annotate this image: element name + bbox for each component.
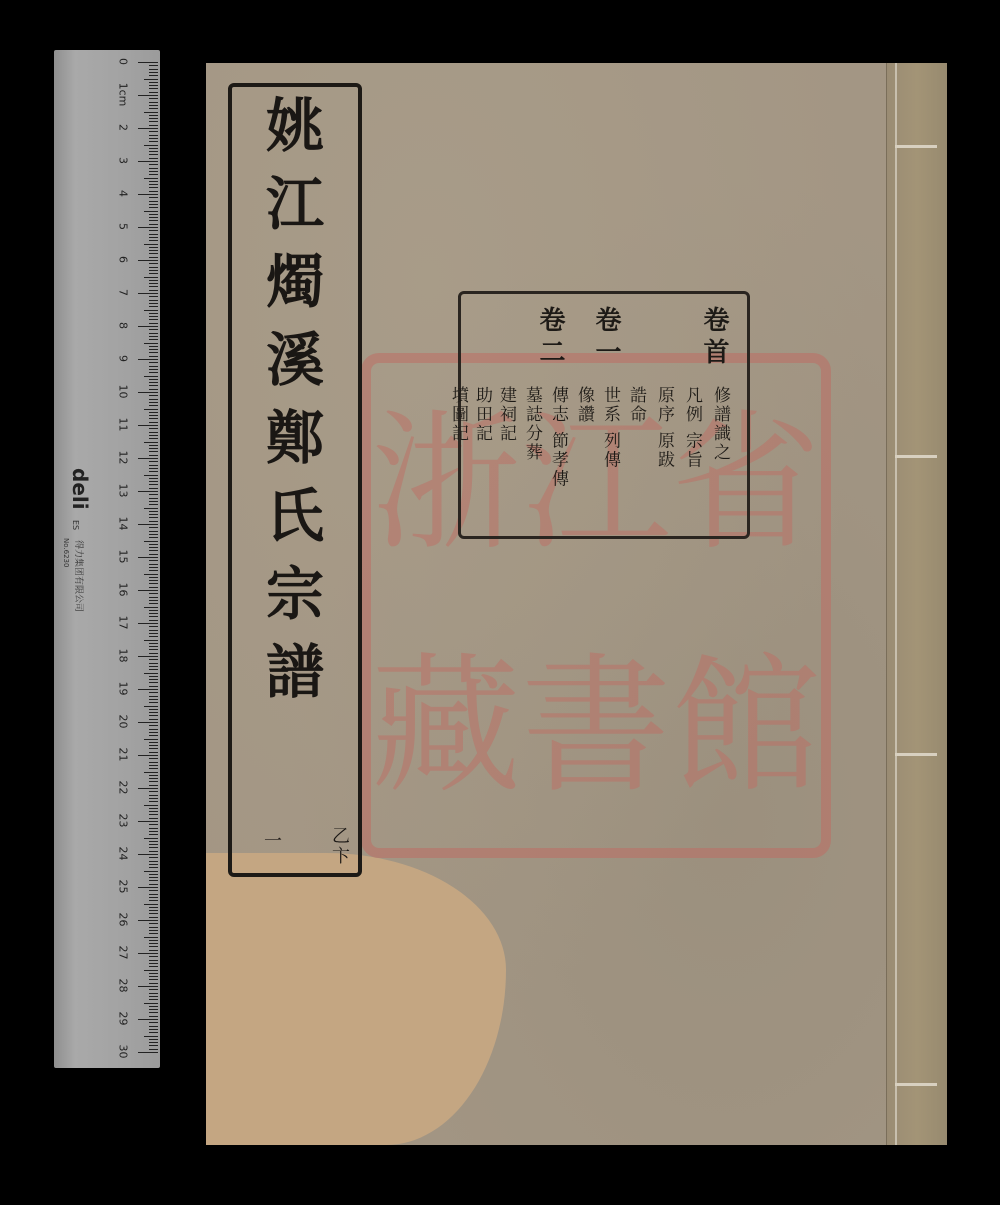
ruler-tick: [149, 135, 158, 136]
ruler-maker: 得力集团有限公司: [73, 540, 86, 612]
ruler-tick: [138, 458, 158, 459]
ruler-tick: [149, 102, 158, 103]
set-mark: 乙 卞: [332, 827, 350, 867]
ruler-tick: [144, 79, 158, 80]
ruler-tick: [149, 732, 158, 733]
ruler-tick: [149, 349, 158, 350]
ruler-tick: [149, 412, 158, 413]
ruler-tick: [149, 550, 158, 551]
ruler-tick: [138, 227, 158, 228]
ruler-tick: [149, 313, 158, 314]
ruler-tick: [149, 267, 158, 268]
ruler-tick: [149, 544, 158, 545]
ruler-tick: [149, 900, 158, 901]
ruler-tick: [149, 481, 158, 482]
binding-thread: [895, 63, 897, 1145]
ruler-tick: [149, 280, 158, 281]
ruler-tick: [149, 847, 158, 848]
ruler-tick: [149, 649, 158, 650]
title-char: 江: [266, 165, 324, 243]
ruler-tick: [138, 854, 158, 855]
ruler-tick: [149, 346, 158, 347]
ruler-tick: [149, 138, 158, 139]
title-char: 氏: [266, 477, 324, 555]
ruler-tick: [149, 917, 158, 918]
ruler-tick: [149, 709, 158, 710]
title-char: 姚: [266, 87, 324, 165]
ruler-tick: [149, 587, 158, 588]
ruler-tick: [149, 600, 158, 601]
book-cover: 浙 江 省 藏 書 館 姚 江 燭 溪 鄭 氏 宗 譜 一 乙 卞 卷首 修譜識…: [206, 63, 947, 1145]
ruler-tick: [149, 824, 158, 825]
ruler-tick: [149, 729, 158, 730]
contents-head: 卷首: [696, 306, 733, 370]
ruler-number: 18: [117, 641, 130, 671]
ruler-tick: [149, 785, 158, 786]
ruler-tick: [149, 1022, 158, 1023]
ruler-tick: [149, 484, 158, 485]
ruler-tick: [149, 633, 158, 634]
ruler-tick: [149, 943, 158, 944]
ruler-tick: [149, 808, 158, 809]
ruler-tick: [149, 105, 158, 106]
ruler-tick: [149, 758, 158, 759]
ruler-tick: [149, 950, 158, 951]
ruler-tick: [149, 171, 158, 172]
ruler-number: 27: [117, 938, 130, 968]
ruler-tick: [149, 69, 158, 70]
ruler-brand: deli: [68, 468, 92, 510]
paper-patch: [206, 853, 506, 1145]
ruler-tick: [144, 343, 158, 344]
ruler-tick: [144, 772, 158, 773]
ruler-tick: [149, 461, 158, 462]
ruler-tick: [149, 940, 158, 941]
ruler-tick: [149, 626, 158, 627]
ruler-tick: [149, 828, 158, 829]
ruler-tick: [149, 877, 158, 878]
contents-item: 誥命: [624, 386, 649, 424]
ruler-model: No.6230: [62, 538, 70, 567]
ruler-tick: [149, 570, 158, 571]
ruler-number: 19: [117, 674, 130, 704]
ruler-tick: [149, 151, 158, 152]
ruler-tick: [149, 560, 158, 561]
set-mark-char: 乙: [332, 827, 350, 847]
ruler-tick: [149, 415, 158, 416]
ruler-tick: [149, 402, 158, 403]
title-slip: 姚 江 燭 溪 鄭 氏 宗 譜 一 乙 卞: [228, 83, 362, 877]
ruler-tick: [149, 1012, 158, 1013]
seal-char: 書: [521, 606, 671, 849]
ruler-tick: [149, 531, 158, 532]
ruler-tick: [149, 405, 158, 406]
title-char: 宗: [266, 555, 324, 633]
volume-mark: 一: [264, 827, 282, 853]
ruler-tick: [149, 841, 158, 842]
set-mark-char: 卞: [332, 847, 350, 867]
ruler-tick: [149, 537, 158, 538]
ruler-tick: [149, 115, 158, 116]
ruler-tick: [149, 234, 158, 235]
ruler-tick: [149, 514, 158, 515]
ruler-tick: [149, 164, 158, 165]
ruler-tick: [149, 468, 158, 469]
ruler-tick: [149, 884, 158, 885]
ruler-tick: [144, 673, 158, 674]
ruler-tick: [149, 768, 158, 769]
ruler-tick: [149, 679, 158, 680]
ruler-tick: [149, 366, 158, 367]
ruler-tick: [149, 283, 158, 284]
ruler-tick: [149, 511, 158, 512]
ruler-tick: [144, 970, 158, 971]
ruler-tick: [138, 161, 158, 162]
ruler-tick: [138, 128, 158, 129]
ruler-tick: [149, 610, 158, 611]
ruler-tick: [144, 904, 158, 905]
ruler-tick: [149, 296, 158, 297]
ruler-tick: [149, 168, 158, 169]
book-spine: [886, 63, 947, 1145]
ruler-tick: [149, 306, 158, 307]
measuring-ruler: 01cm234567891011121314151617181920212223…: [54, 50, 160, 1068]
ruler-tick: [149, 372, 158, 373]
ruler-tick: [149, 88, 158, 89]
ruler-tick: [144, 508, 158, 509]
ruler-tick: [144, 376, 158, 377]
ruler-number: 17: [117, 608, 130, 638]
ruler-tick: [138, 755, 158, 756]
ruler-number: 5: [117, 212, 130, 242]
ruler-tick: [149, 927, 158, 928]
ruler-tick: [149, 504, 158, 505]
ruler-tick: [149, 207, 158, 208]
ruler-tick: [149, 616, 158, 617]
ruler-tick: [144, 277, 158, 278]
contents-item: 修譜識之: [708, 386, 733, 462]
ruler-tick: [149, 217, 158, 218]
ruler-tick: [149, 108, 158, 109]
ruler-tick: [149, 534, 158, 535]
ruler-tick: [149, 181, 158, 182]
ruler-tick: [149, 1006, 158, 1007]
ruler-tick: [149, 1042, 158, 1043]
ruler-number: 6: [117, 245, 130, 275]
contents-item: 世系 列傳: [598, 386, 623, 469]
ruler-tick: [149, 963, 158, 964]
ruler-number: 30: [117, 1037, 130, 1067]
ruler-tick: [149, 547, 158, 548]
ruler-tick: [149, 465, 158, 466]
ruler-tick: [149, 82, 158, 83]
ruler-tick: [144, 574, 158, 575]
ruler-tick: [149, 781, 158, 782]
ruler-number: 22: [117, 773, 130, 803]
ruler-tick: [149, 498, 158, 499]
ruler-tick: [149, 432, 158, 433]
ruler-tick: [149, 725, 158, 726]
ruler-tick: [149, 445, 158, 446]
ruler-tick: [149, 303, 158, 304]
ruler-tick: [138, 1052, 158, 1053]
ruler-tick: [149, 174, 158, 175]
ruler-tick: [149, 580, 158, 581]
ruler-tick: [149, 214, 158, 215]
ruler-number: 9: [117, 344, 130, 374]
ruler-tick: [149, 389, 158, 390]
ruler-tick: [149, 118, 158, 119]
ruler-tick: [149, 85, 158, 86]
ruler-tick: [149, 577, 158, 578]
ruler-tick: [149, 831, 158, 832]
ruler-tick: [149, 630, 158, 631]
ruler-tick: [144, 211, 158, 212]
ruler-tick: [149, 333, 158, 334]
ruler-tick: [144, 706, 158, 707]
ruler-tick: [138, 887, 158, 888]
ruler-tick: [138, 359, 158, 360]
ruler-tick: [149, 979, 158, 980]
ruler-tick: [149, 867, 158, 868]
ruler-tick: [149, 455, 158, 456]
ruler-tick: [149, 897, 158, 898]
ruler-tick: [149, 735, 158, 736]
ruler-tick: [149, 742, 158, 743]
seal-char: 館: [671, 606, 821, 849]
ruler-tick: [144, 805, 158, 806]
seal-char: 藏: [371, 606, 521, 849]
ruler-tick: [149, 692, 158, 693]
ruler-tick: [149, 204, 158, 205]
ruler-tick: [149, 494, 158, 495]
ruler-number: 23: [117, 806, 130, 836]
ruler-tick: [149, 488, 158, 489]
contents-item: 像讚: [572, 386, 597, 424]
ruler-tick: [149, 141, 158, 142]
ruler-tick: [138, 821, 158, 822]
ruler-tick: [149, 930, 158, 931]
ruler-tick: [144, 409, 158, 410]
ruler-number: 25: [117, 872, 130, 902]
ruler-tick: [138, 557, 158, 558]
ruler-tick: [149, 339, 158, 340]
ruler-tick: [149, 1032, 158, 1033]
ruler-tick: [144, 475, 158, 476]
ruler-tick: [138, 590, 158, 591]
ruler-tick: [144, 607, 158, 608]
ruler-tick: [138, 524, 158, 525]
contents-box: 卷首 修譜識之 凡例 宗旨 原序 原跋 誥命 卷一 世系 列傳 像讚 傳志 節孝…: [458, 291, 750, 539]
ruler-tick: [138, 392, 158, 393]
ruler-number: 13: [117, 476, 130, 506]
ruler-tick: [149, 187, 158, 188]
ruler-tick: [144, 640, 158, 641]
ruler-tick: [149, 861, 158, 862]
ruler-tick: [149, 527, 158, 528]
ruler-tick: [149, 851, 158, 852]
ruler-tick: [149, 583, 158, 584]
ruler-tick: [138, 788, 158, 789]
ruler-tick: [149, 676, 158, 677]
ruler-tick: [149, 1026, 158, 1027]
binding-stitch: [895, 1083, 937, 1086]
ruler-tick: [138, 293, 158, 294]
ruler-tick: [149, 471, 158, 472]
ruler-tick: [149, 263, 158, 264]
title-char: 譜: [266, 633, 324, 711]
ruler-tick: [149, 715, 158, 716]
ruler-tick: [149, 613, 158, 614]
ruler-tick: [149, 834, 158, 835]
ruler-tick: [138, 62, 158, 63]
ruler-tick: [149, 682, 158, 683]
ruler-number: 24: [117, 839, 130, 869]
ruler-tick: [149, 98, 158, 99]
ruler-tick: [138, 1019, 158, 1020]
ruler-tick: [144, 1003, 158, 1004]
ruler-number: 12: [117, 443, 130, 473]
ruler-tick: [144, 739, 158, 740]
ruler-tick: [149, 75, 158, 76]
ruler-tick: [149, 125, 158, 126]
ruler-tick: [149, 719, 158, 720]
contents-item: 墳圖記: [446, 386, 471, 443]
ruler-tick: [149, 646, 158, 647]
ruler-tick: [149, 451, 158, 452]
ruler-tick: [149, 224, 158, 225]
ruler-tick: [149, 956, 158, 957]
ruler-tick: [144, 1036, 158, 1037]
binding-stitch: [895, 145, 937, 148]
ruler-tick: [144, 145, 158, 146]
ruler-tick: [144, 442, 158, 443]
ruler-ticks: 01cm234567891011121314151617181920212223…: [118, 62, 158, 1062]
ruler-number: 7: [117, 278, 130, 308]
binding-stitch: [895, 753, 937, 756]
ruler-tick: [149, 686, 158, 687]
ruler-tick: [149, 270, 158, 271]
ruler-tick: [149, 933, 158, 934]
ruler-tick: [149, 356, 158, 357]
ruler-tick: [149, 1016, 158, 1017]
ruler-tick: [149, 976, 158, 977]
ruler-tick: [149, 966, 158, 967]
title-char: 溪: [266, 321, 324, 399]
ruler-tick: [149, 273, 158, 274]
ruler-number: 15: [117, 542, 130, 572]
ruler-tick: [149, 890, 158, 891]
ruler-tick: [149, 257, 158, 258]
ruler-tick: [149, 923, 158, 924]
ruler-tick: [149, 72, 158, 73]
ruler-tick: [149, 352, 158, 353]
ruler-tick: [149, 999, 158, 1000]
ruler-tick: [149, 300, 158, 301]
ruler-tick: [149, 620, 158, 621]
ruler-tick: [149, 913, 158, 914]
ruler-number: 10: [117, 377, 130, 407]
ruler-tick: [138, 326, 158, 327]
ruler-tick: [149, 1049, 158, 1050]
ruler-tick: [149, 121, 158, 122]
ruler-tick: [149, 983, 158, 984]
ruler-tick: [149, 643, 158, 644]
ruler-tick: [149, 567, 158, 568]
ruler-tick: [149, 329, 158, 330]
ruler-tick: [149, 154, 158, 155]
ruler-tick: [149, 880, 158, 881]
ruler-tick: [149, 191, 158, 192]
ruler-tick: [149, 603, 158, 604]
ruler-tick: [149, 319, 158, 320]
ruler-tick: [149, 814, 158, 815]
ruler-tick: [149, 748, 158, 749]
contents-head: 卷一: [588, 306, 625, 370]
ruler-tick: [149, 65, 158, 66]
ruler-tick: [149, 158, 158, 159]
ruler-tick: [149, 696, 158, 697]
ruler-tick: [144, 541, 158, 542]
contents-head: 卷二: [532, 306, 569, 370]
ruler-tick: [138, 194, 158, 195]
ruler-tick: [149, 131, 158, 132]
ruler-number: 16: [117, 575, 130, 605]
ruler-tick: [149, 230, 158, 231]
ruler-tick: [144, 937, 158, 938]
ruler-tick: [138, 260, 158, 261]
ruler-tick: [149, 745, 158, 746]
ruler-tick: [149, 286, 158, 287]
ruler-number: 29: [117, 1004, 130, 1034]
ruler-number: 28: [117, 971, 130, 1001]
ruler-tick: [149, 323, 158, 324]
contents-item: 墓誌分葬: [520, 386, 545, 462]
ruler-tick: [149, 593, 158, 594]
ruler-tick: [149, 798, 158, 799]
ruler-tick: [149, 247, 158, 248]
ruler-tick: [144, 244, 158, 245]
ruler-tick: [149, 316, 158, 317]
ruler-number: 4: [117, 179, 130, 209]
ruler-tick: [149, 795, 158, 796]
ruler-tick: [149, 699, 158, 700]
ruler-tick: [149, 712, 158, 713]
ruler-tick: [149, 1039, 158, 1040]
ruler-tick: [149, 521, 158, 522]
ruler-tick: [149, 1009, 158, 1010]
ruler-tick: [138, 953, 158, 954]
ruler-tick: [149, 435, 158, 436]
ruler-tick: [149, 379, 158, 380]
binding-stitch: [895, 455, 937, 458]
title-char: 鄭: [266, 399, 324, 477]
ruler-tick: [149, 399, 158, 400]
ruler-tick: [138, 491, 158, 492]
ruler-tick: [149, 382, 158, 383]
ruler-tick: [149, 765, 158, 766]
ruler-tick: [149, 801, 158, 802]
ruler-tick: [144, 871, 158, 872]
ruler-tick: [149, 554, 158, 555]
ruler-tick: [149, 564, 158, 565]
ruler-tick: [149, 385, 158, 386]
ruler-tick: [149, 659, 158, 660]
ruler-number: 11: [117, 410, 130, 440]
ruler-tick: [149, 448, 158, 449]
ruler-tick: [138, 920, 158, 921]
ruler-mark: ES: [71, 520, 80, 530]
